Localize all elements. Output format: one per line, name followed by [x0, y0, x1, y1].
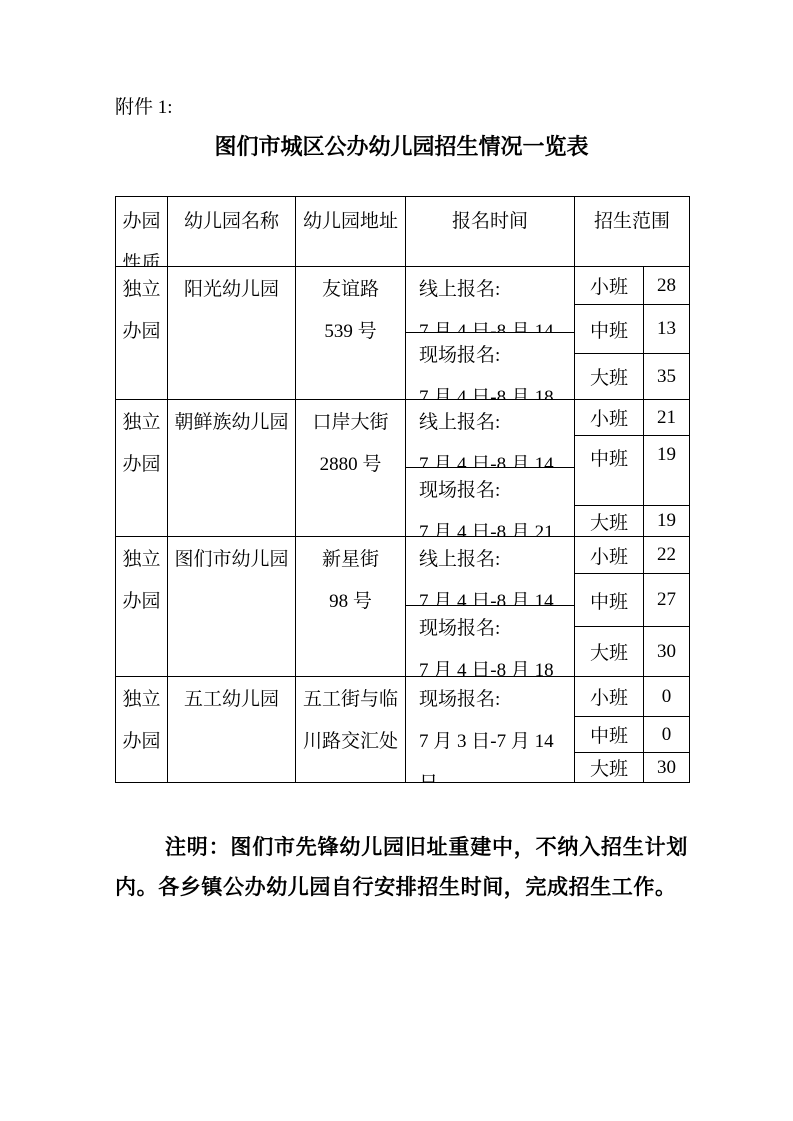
address-line2: 539 号: [296, 311, 405, 353]
range-row-junior: 小班 22: [575, 537, 689, 574]
grade-label: 小班: [575, 400, 644, 435]
grade-label: 中班: [575, 305, 644, 353]
table-row-wugong: 独立 办园 五工幼儿园 五工街与临 川路交汇处 现场报名: 7 月 3 日-7 …: [116, 677, 689, 782]
online-registration: 线上报名: 7 月 4 日-8 月 14 日: [406, 400, 574, 468]
range-row-junior: 小班 28: [575, 267, 689, 305]
cell-kindergarten-name: 朝鲜族幼儿园: [168, 400, 296, 536]
grade-label: 大班: [575, 506, 644, 536]
registration-dates: 7 月 4 日-8 月 18 日: [419, 650, 574, 676]
grade-count: 19: [644, 506, 689, 536]
address-line2: 川路交汇处: [296, 721, 405, 763]
nature-line1: 独立: [116, 269, 167, 311]
enrollment-table: 办园性质 幼儿园名称 幼儿园地址 报名时间 招生范围 独立 办园 阳光幼儿园 友…: [115, 196, 690, 783]
nature-line2: 办园: [116, 721, 167, 763]
registration-label: 现场报名:: [419, 335, 574, 377]
registration-dates: 7 月 4 日-8 月 14 日: [419, 444, 574, 468]
nature-line2: 办园: [116, 311, 167, 353]
cell-address: 五工街与临 川路交汇处: [296, 677, 406, 782]
grade-label: 小班: [575, 267, 644, 304]
cell-registration-time: 现场报名: 7 月 3 日-7 月 14 日: [406, 677, 575, 782]
cell-enrollment-range: 小班 21 中班 19 大班 19: [575, 400, 689, 536]
address-line1: 口岸大街: [296, 402, 405, 444]
cell-enrollment-range: 小班 22 中班 27 大班 30: [575, 537, 689, 676]
address-line1: 友谊路: [296, 269, 405, 311]
cell-registration-time: 线上报名: 7 月 4 日-8 月 14 日 现场报名: 7 月 4 日-8 月…: [406, 537, 575, 676]
nature-line1: 独立: [116, 539, 167, 581]
range-row-junior: 小班 21: [575, 400, 689, 436]
grade-label: 大班: [575, 627, 644, 676]
grade-count: 35: [644, 354, 689, 399]
cell-nature: 独立 办园: [116, 537, 168, 676]
nature-line1: 独立: [116, 402, 167, 444]
grade-label: 小班: [575, 537, 644, 573]
grade-count: 27: [644, 574, 689, 626]
range-row-senior: 大班 35: [575, 354, 689, 399]
document-content: 附件 1: 图们市城区公办幼儿园招生情况一览表 办园性质 幼儿园名称 幼儿园地址…: [115, 96, 688, 907]
table-row-tumenshi: 独立 办园 图们市幼儿园 新星街 98 号 线上报名: 7 月 4 日-8 月 …: [116, 537, 689, 677]
header-range: 招生范围: [575, 197, 689, 266]
nature-line1: 独立: [116, 679, 167, 721]
footnote: 注明：图们市先锋幼儿园旧址重建中，不纳入招生计划 内。各乡镇公办幼儿园自行安排招…: [115, 827, 688, 907]
grade-count: 21: [644, 400, 689, 435]
cell-registration-time: 线上报名: 7 月 4 日-8 月 14 日 现场报名: 7 月 4 日-8 月…: [406, 400, 575, 536]
onsite-registration: 现场报名: 7 月 3 日-7 月 14 日: [406, 677, 574, 782]
onsite-registration: 现场报名: 7 月 4 日-8 月 21 日: [406, 468, 574, 536]
nature-line2: 办园: [116, 581, 167, 623]
cell-enrollment-range: 小班 0 中班 0 大班 30: [575, 677, 689, 782]
registration-dates: 7 月 3 日-7 月 14 日: [419, 721, 574, 782]
range-row-senior: 大班 19: [575, 506, 689, 536]
grade-count: 0: [644, 677, 689, 716]
onsite-registration: 现场报名: 7 月 4 日-8 月 18 日: [406, 606, 574, 676]
grade-count: 0: [644, 717, 689, 752]
registration-dates: 7 月 4 日-8 月 21 日: [419, 512, 574, 536]
grade-label: 小班: [575, 677, 644, 716]
online-registration: 线上报名: 7 月 4 日-8 月 14 日: [406, 537, 574, 606]
registration-label: 现场报名:: [419, 470, 574, 512]
grade-label: 中班: [575, 574, 644, 626]
grade-count: 30: [644, 753, 689, 782]
document-page: 附件 1: 图们市城区公办幼儿园招生情况一览表 办园性质 幼儿园名称 幼儿园地址…: [0, 0, 793, 1121]
grade-count: 22: [644, 537, 689, 573]
cell-address: 口岸大街 2880 号: [296, 400, 406, 536]
registration-label: 线上报名:: [419, 539, 574, 581]
address-line2: 98 号: [296, 581, 405, 623]
cell-kindergarten-name: 阳光幼儿园: [168, 267, 296, 399]
footnote-line2: 内。各乡镇公办幼儿园自行安排招生时间，完成招生工作。: [115, 867, 688, 907]
registration-label: 现场报名:: [419, 679, 574, 721]
range-row-middle: 中班 27: [575, 574, 689, 627]
table-row-yangguang: 独立 办园 阳光幼儿园 友谊路 539 号 线上报名: 7 月 4 日-8 月 …: [116, 267, 689, 400]
grade-count: 28: [644, 267, 689, 304]
table-row-chaoxianzu: 独立 办园 朝鲜族幼儿园 口岸大街 2880 号 线上报名: 7 月 4 日-8…: [116, 400, 689, 537]
range-row-junior: 小班 0: [575, 677, 689, 717]
address-line1: 五工街与临: [296, 679, 405, 721]
nature-line2: 办园: [116, 444, 167, 486]
range-row-senior: 大班 30: [575, 753, 689, 782]
page-title: 图们市城区公办幼儿园招生情况一览表: [115, 134, 688, 160]
grade-label: 中班: [575, 717, 644, 752]
onsite-registration: 现场报名: 7 月 4 日-8 月 18 日: [406, 333, 574, 399]
grade-label: 大班: [575, 354, 644, 399]
cell-nature: 独立 办园: [116, 400, 168, 536]
cell-registration-time: 线上报名: 7 月 4 日-8 月 14 日 现场报名: 7 月 4 日-8 月…: [406, 267, 575, 399]
cell-enrollment-range: 小班 28 中班 13 大班 35: [575, 267, 689, 399]
cell-nature: 独立 办园: [116, 677, 168, 782]
cell-kindergarten-name: 图们市幼儿园: [168, 537, 296, 676]
registration-dates: 7 月 4 日-8 月 14 日: [419, 581, 574, 606]
header-nature: 办园性质: [116, 197, 168, 266]
registration-label: 现场报名:: [419, 608, 574, 650]
footnote-line1: 注明：图们市先锋幼儿园旧址重建中，不纳入招生计划: [115, 827, 688, 867]
header-address: 幼儿园地址: [296, 197, 406, 266]
grade-count: 19: [644, 436, 689, 505]
online-registration: 线上报名: 7 月 4 日-8 月 14 日: [406, 267, 574, 333]
header-name: 幼儿园名称: [168, 197, 296, 266]
range-row-middle: 中班 0: [575, 717, 689, 753]
grade-label: 中班: [575, 436, 644, 505]
cell-nature: 独立 办园: [116, 267, 168, 399]
address-line1: 新星街: [296, 539, 405, 581]
grade-label: 大班: [575, 753, 644, 782]
address-line2: 2880 号: [296, 444, 405, 486]
registration-dates: 7 月 4 日-8 月 18 日: [419, 377, 574, 399]
cell-address: 新星街 98 号: [296, 537, 406, 676]
table-header-row: 办园性质 幼儿园名称 幼儿园地址 报名时间 招生范围: [116, 197, 689, 267]
attachment-label: 附件 1:: [115, 96, 688, 120]
range-row-senior: 大班 30: [575, 627, 689, 676]
registration-label: 线上报名:: [419, 402, 574, 444]
registration-label: 线上报名:: [419, 269, 574, 311]
cell-address: 友谊路 539 号: [296, 267, 406, 399]
grade-count: 30: [644, 627, 689, 676]
header-time: 报名时间: [406, 197, 575, 266]
registration-dates: 7 月 4 日-8 月 14 日: [419, 311, 574, 333]
range-row-middle: 中班 13: [575, 305, 689, 354]
grade-count: 13: [644, 305, 689, 353]
range-row-middle: 中班 19: [575, 436, 689, 506]
cell-kindergarten-name: 五工幼儿园: [168, 677, 296, 782]
